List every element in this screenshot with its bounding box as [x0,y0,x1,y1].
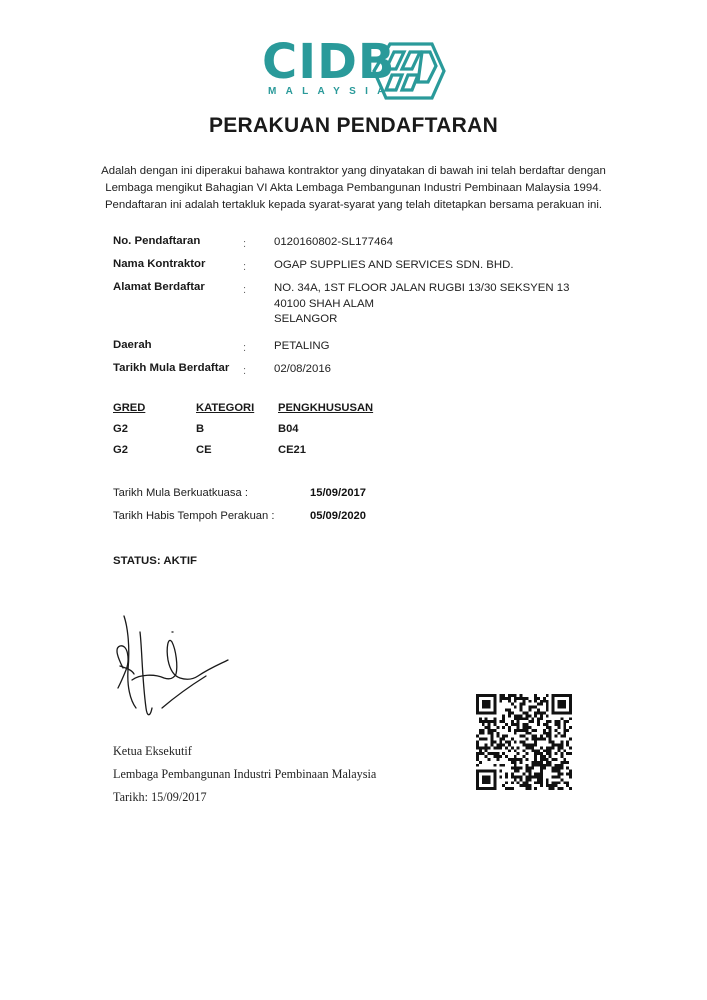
status-badge: STATUS: AKTIF [113,555,197,567]
signatory-date: Tarikh: 15/09/2017 [113,790,207,805]
contractor-name-value: OGAP SUPPLIES AND SERVICES SDN. BHD. [274,258,514,274]
table-cell-kategori: B [196,423,204,435]
contractor-name-label: Nama Kontraktor [113,258,205,270]
column-header-kategori: KATEGORI [196,402,254,414]
field-colon: : [243,342,246,354]
address-line: SELANGOR [274,312,569,328]
certification-statement: Adalah dengan ini diperakui bahawa kontr… [80,163,627,214]
registration-no-value: 0120160802-SL177464 [274,235,393,251]
field-colon: : [243,238,246,250]
registration-no-label: No. Pendaftaran [113,235,200,247]
validity-expiry-label: Tarikh Habis Tempoh Perakuan : [113,510,274,522]
qr-code-icon[interactable] [476,694,572,790]
table-cell-kategori: CE [196,444,212,456]
registration-date-value: 02/08/2016 [274,362,331,378]
field-colon: : [243,261,246,273]
district-label: Daerah [113,339,152,351]
signature-icon [100,608,235,718]
signatory-organization: Lembaga Pembangunan Industri Pembinaan M… [113,767,376,782]
cidb-emblem-icon [372,42,446,100]
column-header-gred: GRED [113,402,145,414]
table-cell-pengkhususan: CE21 [278,444,306,456]
table-cell-gred: G2 [113,444,128,456]
registration-date-label: Tarikh Mula Berdaftar [113,362,229,374]
field-colon: : [243,284,246,296]
address-value: NO. 34A, 1ST FLOOR JALAN RUGBI 13/30 SEK… [274,281,569,328]
address-label: Alamat Berdaftar [113,281,205,293]
table-cell-gred: G2 [113,423,128,435]
table-cell-pengkhususan: B04 [278,423,299,435]
validity-start-value: 15/09/2017 [310,487,366,499]
validity-start-label: Tarikh Mula Berkuatkuasa : [113,487,248,499]
validity-expiry-value: 05/09/2020 [310,510,366,522]
signatory-title: Ketua Eksekutif [113,744,192,759]
district-value: PETALING [274,339,330,355]
document-title: PERAKUAN PENDAFTARAN [0,114,707,138]
column-header-pengkhususan: PENGKHUSUSAN [278,402,373,414]
address-line: NO. 34A, 1ST FLOOR JALAN RUGBI 13/30 SEK… [274,281,569,297]
address-line: 40100 SHAH ALAM [274,297,569,313]
field-colon: : [243,365,246,377]
